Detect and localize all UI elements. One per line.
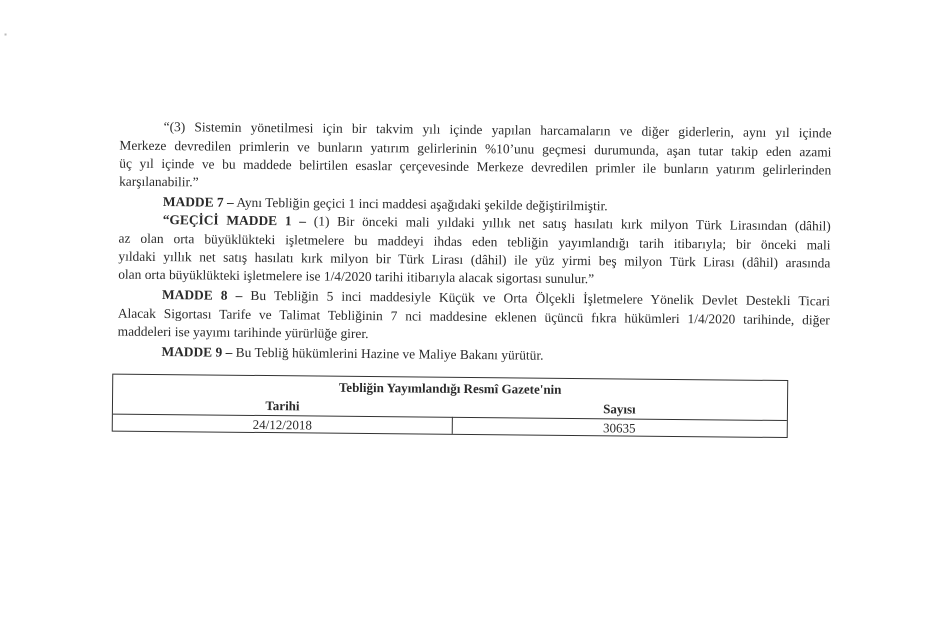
madde-9: MADDE 9 – Bu Tebliğ hükümlerini Hazine v… bbox=[161, 343, 829, 367]
madde-8-text: Bu Tebliğin 5 inci maddesiyle Küçük ve O… bbox=[242, 288, 830, 309]
gecici-madde-1-heading: “GEÇİCİ MADDE 1 – bbox=[163, 212, 306, 228]
scan-speck bbox=[5, 34, 7, 36]
gecici-madde-1-text: (1) Bir önceki mali yıldaki yıllık net s… bbox=[306, 213, 831, 233]
madde-7-heading: MADDE 7 – bbox=[163, 194, 234, 210]
table-cell-number: 30635 bbox=[452, 419, 787, 438]
madde-9-heading: MADDE 9 – bbox=[161, 344, 232, 360]
document-page: “(3) Sistemin yönetilmesi için bir takvi… bbox=[0, 0, 937, 618]
madde-8-heading: MADDE 8 – bbox=[162, 287, 242, 303]
table-header-number: Sayısı bbox=[452, 400, 787, 419]
table-header-date: Tarihi bbox=[113, 397, 452, 416]
madde-7-text: Aynı Tebliğin geçici 1 inci maddesi aşağ… bbox=[234, 195, 608, 214]
gazette-table: Tebliğin Yayımlandığı Resmî Gazete'nin T… bbox=[112, 374, 789, 438]
table-cell-date: 24/12/2018 bbox=[113, 416, 452, 435]
madde-9-text: Bu Tebliğ hükümlerini Hazine ve Maliye B… bbox=[232, 345, 543, 363]
